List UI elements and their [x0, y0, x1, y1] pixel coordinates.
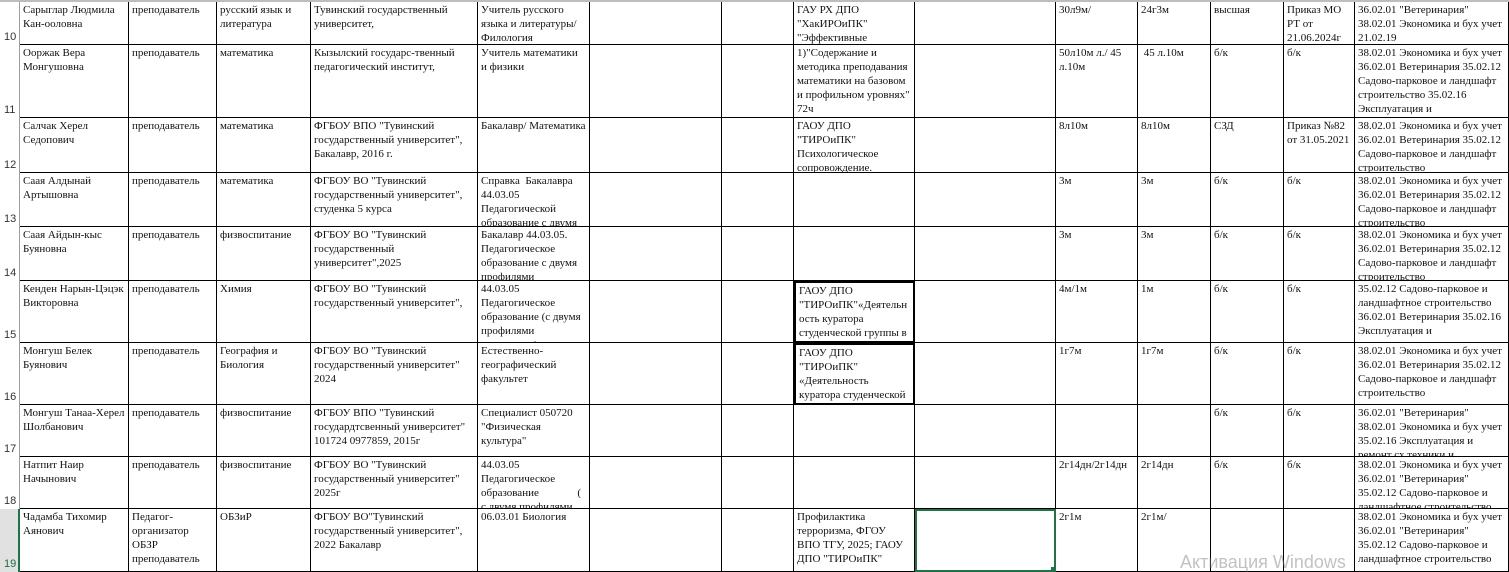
cell-position[interactable]: преподаватель — [129, 45, 217, 118]
cell-col-i[interactable] — [915, 118, 1056, 173]
table-row: 12Салчак Херел Седоповичпреподавательмат… — [0, 118, 1509, 173]
cell-order[interactable]: б/к — [1284, 227, 1355, 281]
cell-specialties[interactable]: 38.02.01 Экономика и бух учет 36.02.01 В… — [1355, 343, 1509, 405]
cell-teaching-experience[interactable]: 2г1м/ — [1138, 509, 1211, 572]
cell-specialties[interactable]: 38.02.01 Экономика и бух учет 36.02.01 В… — [1355, 173, 1509, 227]
cell-specialties[interactable]: 38.02.01 Экономика и бух учет 36.02.01 В… — [1355, 45, 1509, 118]
cell-total-experience[interactable]: 4м/1м — [1056, 281, 1138, 343]
cell-col-g[interactable] — [722, 509, 794, 572]
cell-subject[interactable]: ОБЗиР — [217, 509, 311, 572]
row-header[interactable]: 17 — [0, 405, 20, 457]
cell-col-i[interactable] — [915, 405, 1056, 457]
cell-col-i[interactable] — [915, 2, 1056, 45]
cell-category[interactable]: б/к — [1211, 45, 1284, 118]
cell-col-g[interactable] — [722, 343, 794, 405]
cell-specialties[interactable]: 36.02.01 "Ветеринария" 38.02.01 Экономик… — [1355, 2, 1509, 45]
row-header[interactable]: 18 — [0, 457, 20, 509]
cell-qualification[interactable]: 44.03.05 Педагогическое образование ( с … — [478, 457, 590, 509]
cell-total-experience[interactable]: 2г1м — [1056, 509, 1138, 572]
row-number: 12 — [4, 159, 16, 171]
cell-subject[interactable]: математика — [217, 173, 311, 227]
cell-name[interactable]: Монгуш Танаа-Херел Шолбанович — [20, 405, 129, 457]
row-header[interactable]: 19 — [0, 509, 20, 572]
cell-qualification[interactable]: 06.03.01 Биология — [478, 509, 590, 572]
cell-education-institution[interactable]: ФГБОУ ВО "Тувинский государственный унив… — [311, 281, 478, 343]
row-header[interactable]: 12 — [0, 118, 20, 173]
cell-name[interactable]: Монгуш Белек Буянович — [20, 343, 129, 405]
cell-training[interactable]: ГАОУ ДПО "ТИРОиПК"«Деятельность куратора… — [794, 281, 915, 343]
cell-order[interactable]: Приказ МО РТ от 21.06.2024г — [1284, 2, 1355, 45]
cell-name[interactable]: Саая Айдын-кыс Буяновна — [20, 227, 129, 281]
cell-order[interactable]: Приказ №82 от 31.05.2021 — [1284, 118, 1355, 173]
cell-training[interactable]: Профилактика терроризма, ФГОУ ВПО ТГУ, 2… — [794, 509, 915, 572]
cell-position[interactable]: преподаватель — [129, 118, 217, 173]
row-header[interactable]: 15 — [0, 281, 20, 343]
cell-specialties[interactable]: 35.02.12 Садово-парковое и ландшафтное с… — [1355, 281, 1509, 343]
cell-col-g[interactable] — [722, 227, 794, 281]
cell-education-institution[interactable]: ФГБОУ ВО"Тувинский государственный униве… — [311, 509, 478, 572]
cell-category[interactable] — [1211, 509, 1284, 572]
cell-qualification[interactable]: Бакалавр/ Математика — [478, 118, 590, 173]
cell-total-experience[interactable]: 50л10м л./ 45 л.10м — [1056, 45, 1138, 118]
cell-category[interactable]: б/к — [1211, 405, 1284, 457]
cell-qualification[interactable]: Учитель математики и физики — [478, 45, 590, 118]
cell-teaching-experience[interactable]: 24г3м — [1138, 2, 1211, 45]
cell-teaching-experience[interactable]: 1г7м — [1138, 343, 1211, 405]
cell-col-i[interactable] — [915, 457, 1056, 509]
row-header[interactable]: 11 — [0, 45, 20, 118]
cell-name[interactable]: Чадамба Тихомир Аянович — [20, 509, 129, 572]
cell-total-experience[interactable]: 8л10м — [1056, 118, 1138, 173]
cell-category[interactable]: б/к — [1211, 343, 1284, 405]
cell-position[interactable]: преподаватель — [129, 173, 217, 227]
cell-education-institution[interactable]: ФГБОУ ВО "Тувинский государственный унив… — [311, 343, 478, 405]
table-row: 14Саая Айдын-кыс Буяновнапреподавательфи… — [0, 227, 1509, 281]
table-row: 15Кенден Нарын-Цэцэк Викторовнапреподава… — [0, 281, 1509, 343]
cell-subject[interactable]: физвоспитание — [217, 457, 311, 509]
cell-subject[interactable]: математика — [217, 118, 311, 173]
cell-name[interactable]: Натпит Наир Начынович — [20, 457, 129, 509]
cell-qualification[interactable]: Справка Бакалавра 44.03.05 Педагогическо… — [478, 173, 590, 227]
cell-education-institution[interactable]: Кызылский государс-твенный педагогически… — [311, 45, 478, 118]
cell-position[interactable]: преподаватель — [129, 405, 217, 457]
cell-col-f[interactable] — [590, 509, 722, 572]
table-row: 16Монгуш Белек БуяновичпреподавательГеог… — [0, 343, 1509, 405]
row-number: 11 — [4, 104, 15, 116]
cell-col-g[interactable] — [722, 405, 794, 457]
cell-col-g[interactable] — [722, 2, 794, 45]
cell-total-experience[interactable]: 3м — [1056, 227, 1138, 281]
cell-specialties[interactable]: 36.02.01 "Ветеринария" 38.02.01 Экономик… — [1355, 405, 1509, 457]
cell-category[interactable]: СЗД — [1211, 118, 1284, 173]
row-number: 14 — [4, 267, 16, 279]
cell-teaching-experience[interactable]: 2г14дн — [1138, 457, 1211, 509]
cell-position[interactable]: Педагог-организатор ОБЗР преподаватель — [129, 509, 217, 572]
row-number: 18 — [4, 495, 16, 507]
row-number: 17 — [4, 443, 16, 455]
cell-col-f[interactable] — [590, 2, 722, 45]
table-row: 10Сарыглар Людмила Кан-ооловнапреподават… — [0, 2, 1509, 45]
cell-position[interactable]: преподаватель — [129, 227, 217, 281]
cell-col-i[interactable] — [915, 343, 1056, 405]
cell-specialties[interactable]: 38.02.01 Экономика и бух учет 36.02.01 "… — [1355, 509, 1509, 572]
cell-training[interactable]: ГАОУ ДПО "ТИРОиПК" Психологическое сопро… — [794, 118, 915, 173]
cell-order[interactable]: б/к — [1284, 343, 1355, 405]
cell-subject[interactable]: Химия — [217, 281, 311, 343]
cell-teaching-experience[interactable]: 45 л.10м — [1138, 45, 1211, 118]
cell-education-institution[interactable]: ФГБОУ ВО "Тувинский государственный унив… — [311, 173, 478, 227]
row-number: 15 — [4, 329, 16, 341]
table-row: 11Ооржак Вера Монгушовнапреподавательмат… — [0, 45, 1509, 118]
spreadsheet-grid: 10Сарыглар Людмила Кан-ооловнапреподават… — [0, 0, 1509, 572]
cell-position[interactable]: преподаватель — [129, 2, 217, 45]
cell-order[interactable]: б/к — [1284, 457, 1355, 509]
cell-training[interactable]: ГАОУ ДПО "ТИРОиПК" «Деятельность куратор… — [794, 343, 915, 405]
row-header[interactable]: 14 — [0, 227, 20, 281]
cell-col-f[interactable] — [590, 173, 722, 227]
cell-col-f[interactable] — [590, 227, 722, 281]
cell-order[interactable] — [1284, 509, 1355, 572]
cell-qualification[interactable]: Бакалавр 44.03.05. Педагогическое образо… — [478, 227, 590, 281]
cell-total-experience[interactable] — [1056, 405, 1138, 457]
cell-category[interactable]: б/к — [1211, 173, 1284, 227]
row-number: 19 — [4, 558, 16, 570]
cell-training[interactable]: ГАУ РХ ДПО "ХакИРОиПК" "Эффективные — [794, 2, 915, 45]
cell-subject[interactable]: физвоспитание — [217, 227, 311, 281]
cell-name[interactable]: Салчак Херел Седопович — [20, 118, 129, 173]
cell-col-f[interactable] — [590, 281, 722, 343]
cell-training[interactable] — [794, 173, 915, 227]
cell-order[interactable]: б/к — [1284, 405, 1355, 457]
cell-col-i[interactable] — [915, 45, 1056, 118]
cell-total-experience[interactable]: 1г7м — [1056, 343, 1138, 405]
cell-training[interactable] — [794, 227, 915, 281]
cell-col-g[interactable] — [722, 45, 794, 118]
cell-category[interactable]: б/к — [1211, 281, 1284, 343]
cell-training[interactable] — [794, 405, 915, 457]
row-number: 16 — [4, 391, 16, 403]
cell-col-i[interactable] — [915, 281, 1056, 343]
cell-education-institution[interactable]: ФГБОУ ВПО "Тувинский государственный уни… — [311, 118, 478, 173]
cell-name[interactable]: Сарыглар Людмила Кан-ооловна — [20, 2, 129, 45]
row-header[interactable]: 10 — [0, 2, 20, 45]
cell-teaching-experience[interactable]: 3м — [1138, 173, 1211, 227]
cell-col-f[interactable] — [590, 118, 722, 173]
cell-qualification[interactable]: Специалист 050720 "Физическая культура" — [478, 405, 590, 457]
table-row: 13Саая Алдынай Артышовнапреподавательмат… — [0, 173, 1509, 227]
cell-col-g[interactable] — [722, 118, 794, 173]
table-row: 18Натпит Наир Начыновичпреподавательфизв… — [0, 457, 1509, 509]
cell-teaching-experience[interactable] — [1138, 405, 1211, 457]
cell-education-institution[interactable]: Тувинский государственный университет, — [311, 2, 478, 45]
row-header[interactable]: 16 — [0, 343, 20, 405]
cell-category[interactable]: б/к — [1211, 457, 1284, 509]
cell-education-institution[interactable]: ФГБОУ ВО "Тувинский государственный унив… — [311, 457, 478, 509]
cell-subject[interactable]: математика — [217, 45, 311, 118]
cell-specialties[interactable]: 38.02.01 Экономика и бух учет 36.02.01 В… — [1355, 118, 1509, 173]
cell-order[interactable]: б/к — [1284, 45, 1355, 118]
cell-category[interactable]: высшая — [1211, 2, 1284, 45]
cell-teaching-experience[interactable]: 8л10м — [1138, 118, 1211, 173]
cell-name[interactable]: Ооржак Вера Монгушовна — [20, 45, 129, 118]
cell-order[interactable]: б/к — [1284, 281, 1355, 343]
cell-col-i[interactable] — [915, 173, 1056, 227]
cell-qualification[interactable]: Учитель русского языка и литературы/ Фил… — [478, 2, 590, 45]
cell-col-g[interactable] — [722, 173, 794, 227]
cell-teaching-experience[interactable]: 1м — [1138, 281, 1211, 343]
cell-teaching-experience[interactable]: 3м — [1138, 227, 1211, 281]
cell-training[interactable] — [794, 457, 915, 509]
cell-education-institution[interactable]: ФГБОУ ВПО "Тувинский государдтсвенный ун… — [311, 405, 478, 457]
cell-qualification[interactable]: 44.03.05 Педагогическое образование (с д… — [478, 281, 590, 343]
cell-category[interactable]: б/к — [1211, 227, 1284, 281]
cell-position[interactable]: преподаватель — [129, 457, 217, 509]
cell-col-i[interactable] — [915, 227, 1056, 281]
cell-specialties[interactable]: 38.02.01 Экономика и бух учет 36.02.01 В… — [1355, 227, 1509, 281]
active-cell[interactable] — [915, 509, 1056, 572]
cell-training[interactable]: 1)"Содержание и методика преподавания ма… — [794, 45, 915, 118]
row-number: 13 — [4, 213, 16, 225]
cell-order[interactable]: б/к — [1284, 173, 1355, 227]
table-row: 17Монгуш Танаа-Херел Шолбановичпреподава… — [0, 405, 1509, 457]
cell-col-f[interactable] — [590, 405, 722, 457]
cell-col-f[interactable] — [590, 457, 722, 509]
cell-education-institution[interactable]: ФГБОУ ВО "Тувинский государственный унив… — [311, 227, 478, 281]
row-header[interactable]: 13 — [0, 173, 20, 227]
cell-col-g[interactable] — [722, 457, 794, 509]
cell-total-experience[interactable]: 30л9м/ — [1056, 2, 1138, 45]
table-row: 19Чадамба Тихомир АяновичПедагог-организ… — [0, 509, 1509, 572]
cell-col-f[interactable] — [590, 343, 722, 405]
cell-position[interactable]: преподаватель — [129, 343, 217, 405]
cell-col-f[interactable] — [590, 45, 722, 118]
cell-name[interactable]: Кенден Нарын-Цэцэк Викторовна — [20, 281, 129, 343]
cell-subject[interactable]: География и Биология — [217, 343, 311, 405]
cell-total-experience[interactable]: 3м — [1056, 173, 1138, 227]
cell-qualification[interactable]: Естественно-географический факультет — [478, 343, 590, 405]
cell-total-experience[interactable]: 2г14дн/2г14дн — [1056, 457, 1138, 509]
cell-specialties[interactable]: 38.02.01 Экономика и бух учет 36.02.01 "… — [1355, 457, 1509, 509]
cell-name[interactable]: Саая Алдынай Артышовна — [20, 173, 129, 227]
cell-subject[interactable]: физвоспитание — [217, 405, 311, 457]
cell-col-g[interactable] — [722, 281, 794, 343]
cell-position[interactable]: преподаватель — [129, 281, 217, 343]
row-number: 10 — [4, 31, 16, 43]
cell-subject[interactable]: русский язык и литература — [217, 2, 311, 45]
